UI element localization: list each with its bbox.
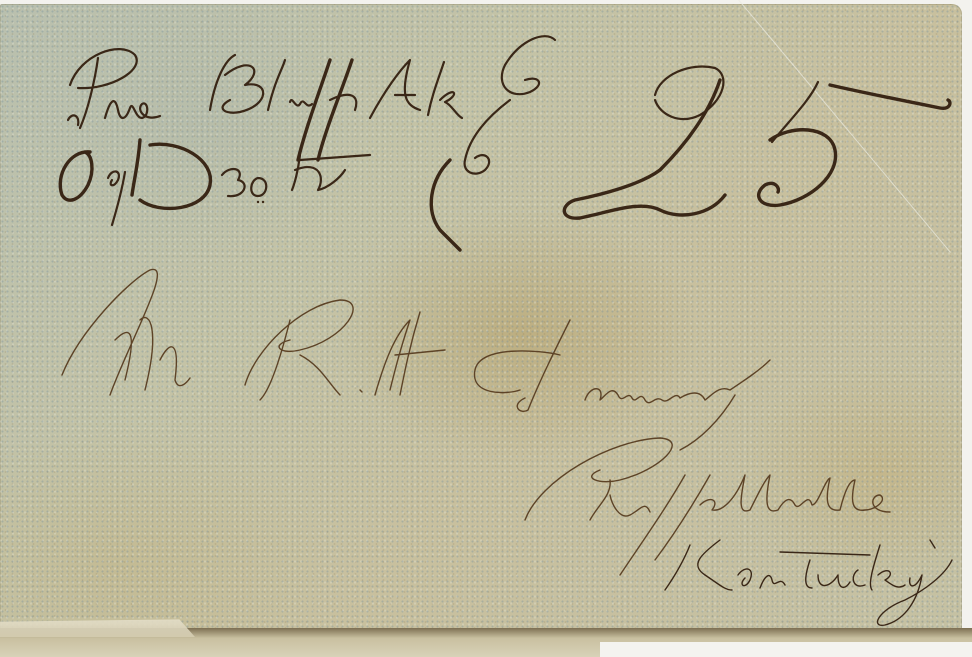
rate-prefix-script	[431, 36, 555, 250]
addressee-script	[62, 269, 770, 450]
rate-mark-script	[564, 67, 950, 219]
state-script	[665, 540, 952, 625]
postmark-date-script	[60, 140, 370, 225]
handwriting-layer	[0, 0, 972, 657]
postmark-origin-script	[68, 49, 462, 160]
